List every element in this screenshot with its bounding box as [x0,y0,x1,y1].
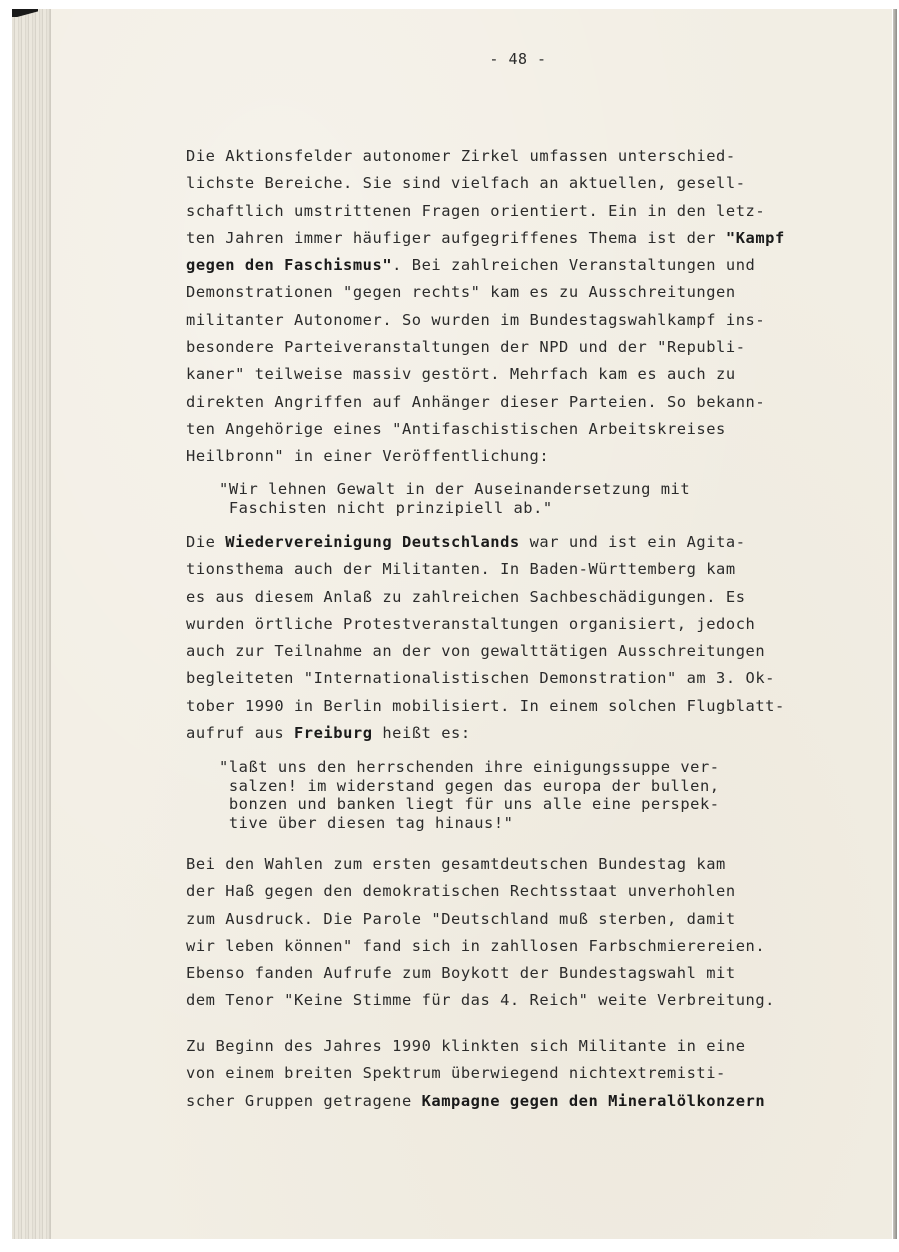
text-line: ten Angehörige eines "Antifaschistischen… [186,416,785,443]
text-line: Die Wiedervereinigung Deutschlands war u… [186,529,785,556]
text-run: Die Aktionsfelder autonomer Zirkel umfas… [186,147,736,165]
text-line: gegen den Faschismus". Bei zahlreichen V… [186,252,785,279]
quote-line: salzen! im widerstand gegen das europa d… [219,777,720,796]
text-run: Die [186,533,225,551]
text-line: scher Gruppen getragene Kampagne gegen d… [186,1088,765,1115]
text-line: der Haß gegen den demokratischen Rechtss… [186,878,775,905]
text-line: Bei den Wahlen zum ersten gesamtdeutsche… [186,851,775,878]
text-run: Heilbronn" in einer Veröffentlichung: [186,447,549,465]
paragraph-oil-campaign: Zu Beginn des Jahres 1990 klinkten sich … [186,1033,765,1115]
text-line: schaftlich umstrittenen Fragen orientier… [186,198,785,225]
text-run: heißt es: [373,724,471,742]
quote-line: "laßt uns den herrschenden ihre einigung… [219,758,720,777]
quote-freiburg-leaflet: "laßt uns den herrschenden ihre einigung… [219,758,720,832]
text-run: scher Gruppen getragene [186,1092,422,1110]
text-line: zum Ausdruck. Die Parole "Deutschland mu… [186,906,775,933]
quote-line: tive über diesen tag hinaus!" [219,814,720,833]
text-line: Zu Beginn des Jahres 1990 klinkten sich … [186,1033,765,1060]
text-line: ten Jahren immer häufiger aufgegriffenes… [186,225,785,252]
text-line: aufruf aus Freiburg heißt es: [186,720,785,747]
text-run: militanter Autonomer. So wurden im Bunde… [186,311,765,329]
text-run: Ebenso fanden Aufrufe zum Boykott der Bu… [186,964,736,982]
text-line: es aus diesem Anlaß zu zahlreichen Sachb… [186,584,785,611]
text-line: Demonstrationen "gegen rechts" kam es zu… [186,279,785,306]
text-run: Bei den Wahlen zum ersten gesamtdeutsche… [186,855,726,873]
paragraph-antifascism: Die Aktionsfelder autonomer Zirkel umfas… [186,143,785,471]
emphasized-text: Wiedervereinigung Deutschlands [225,533,519,551]
page-right-edge [893,9,897,1239]
text-line: kaner" teilweise massiv gestört. Mehrfac… [186,361,785,388]
text-run: wir leben können" fand sich in zahllosen… [186,937,765,955]
emphasized-text: Kampagne gegen den Mineralölkonzern [422,1092,766,1110]
text-run: direkten Angriffen auf Anhänger dieser P… [186,393,765,411]
quote-line: "Wir lehnen Gewalt in der Auseinanderset… [219,480,690,499]
text-run: wurden örtliche Protestveranstaltungen o… [186,615,755,633]
text-run: ten Jahren immer häufiger aufgegriffenes… [186,229,726,247]
text-line: lichste Bereiche. Sie sind vielfach an a… [186,170,785,197]
text-run: begleiteten "Internationalistischen Demo… [186,669,775,687]
text-run: kaner" teilweise massiv gestört. Mehrfac… [186,365,736,383]
book-binding-edge [12,9,51,1239]
text-run: besondere Parteiveranstaltungen der NPD … [186,338,746,356]
text-run: lichste Bereiche. Sie sind vielfach an a… [186,174,746,192]
text-run: von einem breiten Spektrum überwiegend n… [186,1064,726,1082]
emphasized-text: Freiburg [294,724,373,742]
text-line: Ebenso fanden Aufrufe zum Boykott der Bu… [186,960,775,987]
emphasized-text: gegen den Faschismus" [186,256,392,274]
quote-heilbronn: "Wir lehnen Gewalt in der Auseinanderset… [219,480,690,517]
text-line: tionsthema auch der Militanten. In Baden… [186,556,785,583]
text-run: dem Tenor "Keine Stimme für das 4. Reich… [186,991,775,1009]
text-line: militanter Autonomer. So wurden im Bunde… [186,307,785,334]
text-run: es aus diesem Anlaß zu zahlreichen Sachb… [186,588,746,606]
text-line: tober 1990 in Berlin mobilisiert. In ein… [186,693,785,720]
text-line: von einem breiten Spektrum überwiegend n… [186,1060,765,1087]
paragraph-elections: Bei den Wahlen zum ersten gesamtdeutsche… [186,851,775,1015]
text-line: Heilbronn" in einer Veröffentlichung: [186,443,785,470]
text-line: dem Tenor "Keine Stimme für das 4. Reich… [186,987,775,1014]
text-run: zum Ausdruck. Die Parole "Deutschland mu… [186,910,736,928]
page-number: - 48 - [438,50,598,68]
text-line: wurden örtliche Protestveranstaltungen o… [186,611,785,638]
emphasized-text: "Kampf [726,229,785,247]
text-run: aufruf aus [186,724,294,742]
text-run: Zu Beginn des Jahres 1990 klinkten sich … [186,1037,746,1055]
text-run: schaftlich umstrittenen Fragen orientier… [186,202,765,220]
text-run: war und ist ein Agita- [520,533,746,551]
text-run: tober 1990 in Berlin mobilisiert. In ein… [186,697,785,715]
paragraph-reunification: Die Wiedervereinigung Deutschlands war u… [186,529,785,747]
text-run: . Bei zahlreichen Veranstaltungen und [392,256,755,274]
text-line: begleiteten "Internationalistischen Demo… [186,665,785,692]
text-run: auch zur Teilnahme an der von gewalttäti… [186,642,765,660]
text-line: direkten Angriffen auf Anhänger dieser P… [186,389,785,416]
text-line: auch zur Teilnahme an der von gewalttäti… [186,638,785,665]
text-line: Die Aktionsfelder autonomer Zirkel umfas… [186,143,785,170]
text-run: Demonstrationen "gegen rechts" kam es zu… [186,283,736,301]
text-run: ten Angehörige eines "Antifaschistischen… [186,420,726,438]
quote-line: bonzen und banken liegt für uns alle ein… [219,795,720,814]
text-line: besondere Parteiveranstaltungen der NPD … [186,334,785,361]
quote-line: Faschisten nicht prinzipiell ab." [219,499,690,518]
text-run: der Haß gegen den demokratischen Rechtss… [186,882,736,900]
text-run: tionsthema auch der Militanten. In Baden… [186,560,736,578]
text-line: wir leben können" fand sich in zahllosen… [186,933,775,960]
